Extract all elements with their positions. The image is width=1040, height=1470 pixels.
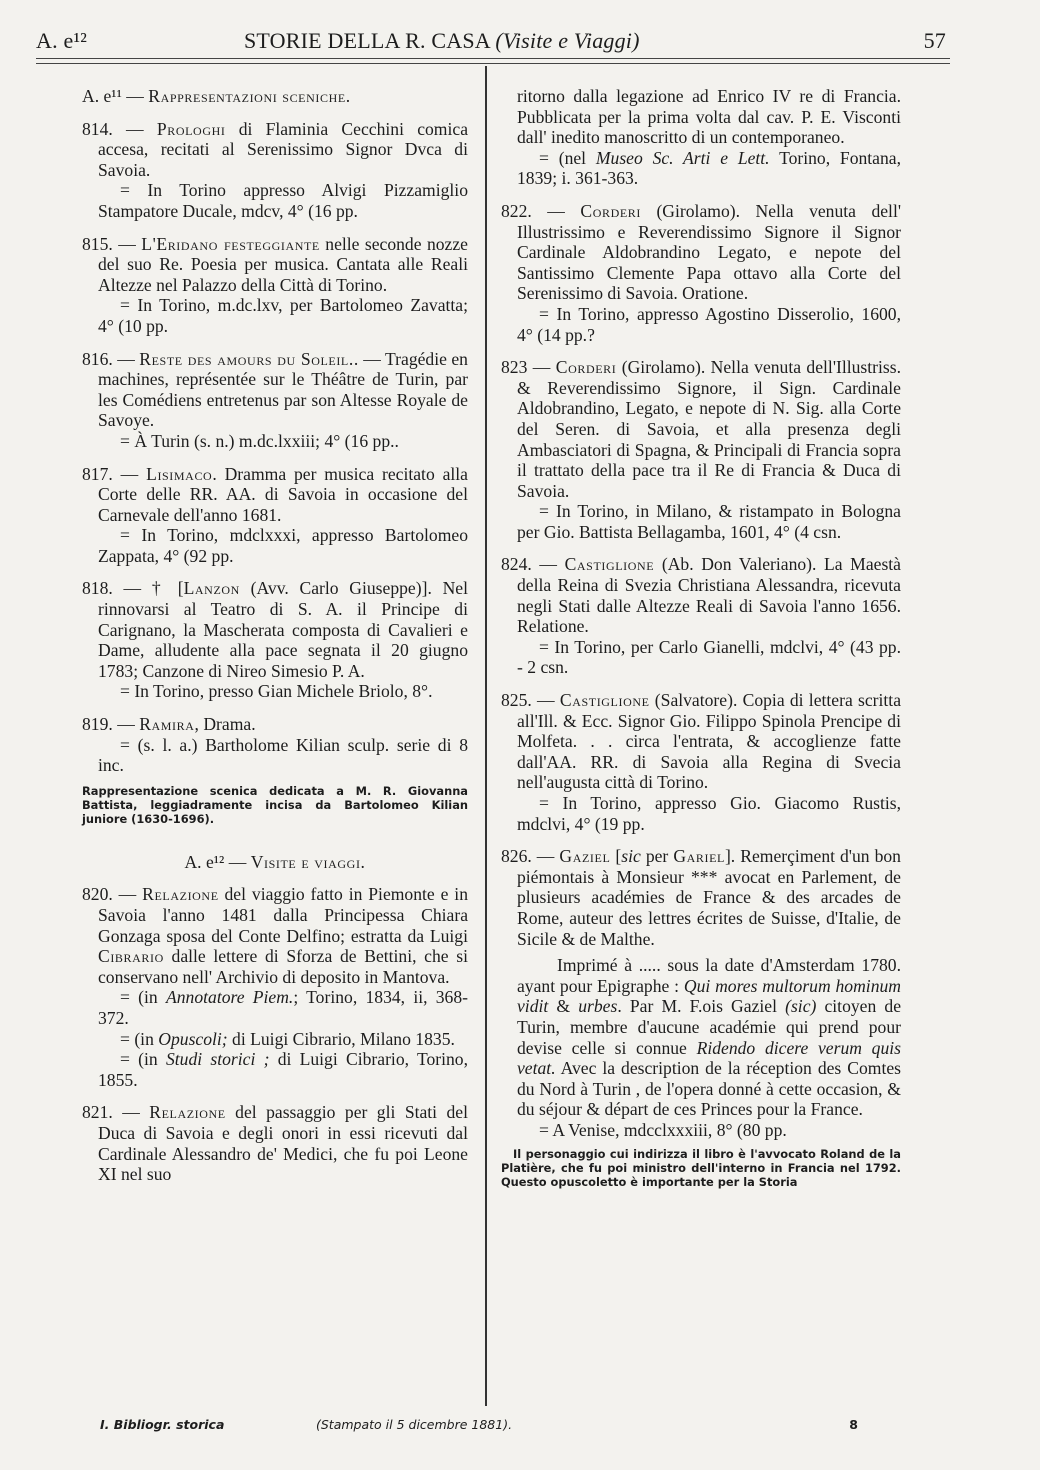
imprint: = In Torino appresso Alvigi Pizzamiglio …	[98, 180, 468, 221]
left-column: A. e¹¹ — Rappresentazioni sceniche. 814.…	[82, 86, 468, 1197]
entry-title: Ramira	[139, 714, 194, 734]
entry-title: Corderi	[580, 201, 641, 221]
entry-817: 817. — Lisimaco. Dramma per musica recit…	[82, 464, 468, 567]
description-paragraph: Imprimé à ..... sous la date d'Amsterdam…	[517, 955, 901, 1120]
entry-821-continued: ritorno dalla legazione ad Enrico IV re …	[501, 86, 901, 189]
imprint: = In Torino, mdclxxxi, appresso Bartolom…	[98, 525, 468, 566]
entry-825: 825. — Castiglione (Salvatore). Copia di…	[501, 690, 901, 834]
footer-print-date: (Stampato il 5 dicembre 1881).	[316, 1417, 512, 1432]
entry-title: Reste des amours du Soleil..	[139, 349, 359, 369]
entry-title: Relazione	[149, 1102, 225, 1122]
entry-title: Lanzon	[184, 578, 240, 598]
page-number: 57	[924, 28, 946, 54]
entry-title: Relazione	[142, 884, 218, 904]
entry-title: Lisimaco	[146, 464, 212, 484]
running-head: A. e¹² STORIE DELLA R. CASA (Visite e Vi…	[36, 28, 946, 58]
imprint: = In Torino, per Carlo Gianelli, mdclvi,…	[517, 637, 901, 678]
imprint: = In Torino, appresso Agostino Disseroli…	[517, 304, 901, 345]
footer-signature: 8	[849, 1417, 858, 1432]
imprint: = (s. l. a.) Bartholome Kilian sculp. se…	[98, 735, 468, 776]
imprint: = In Torino, m.dc.lxv, per Bartolomeo Za…	[98, 295, 468, 336]
entry-title: Prologhi	[157, 119, 226, 139]
note-826: Il personaggio cui indirizza il libro è …	[501, 1147, 901, 1189]
entry-814: 814. — Prologhi di Flaminia Cecchini com…	[82, 119, 468, 222]
entry-819: 819. — Ramira, Drama. = (s. l. a.) Barth…	[82, 714, 468, 776]
entry-816: 816. — Reste des amours du Soleil.. — Tr…	[82, 349, 468, 452]
note-819: Rappresentazione scenica dedicata a M. R…	[82, 784, 468, 826]
footer-volume: I. Bibliogr. storica	[100, 1417, 224, 1432]
section-heading-a11: A. e¹¹ — Rappresentazioni sceniche.	[82, 86, 468, 107]
running-title: STORIE DELLA R. CASA (Visite e Viaggi)	[244, 28, 640, 54]
column-divider	[485, 66, 487, 1406]
book-page: A. e¹² STORIE DELLA R. CASA (Visite e Vi…	[0, 0, 1040, 1470]
entry-title: Castiglione	[565, 554, 655, 574]
header-double-rule	[36, 58, 950, 64]
entry-823: 823 — Corderi (Girolamo). Nella venuta d…	[501, 357, 901, 542]
imprint: = A Venise, mdcclxxxiii, 8° (80 pp.	[517, 1120, 901, 1141]
reference: = (in Annotatore Piem.; Torino, 1834, ii…	[98, 987, 468, 1028]
entry-820: 820. — Relazione del viaggio fatto in Pi…	[82, 884, 468, 1090]
entry-title: L'Eridano festeggiante	[141, 234, 320, 254]
entry-821: 821. — Relazione del passaggio per gli S…	[82, 1102, 468, 1184]
reference: = (in Opuscoli; di Luigi Cibrario, Milan…	[98, 1029, 468, 1050]
right-column: ritorno dalla legazione ad Enrico IV re …	[501, 86, 901, 1199]
entry-818: 818. — † [Lanzon (Avv. Carlo Giuseppe)].…	[82, 578, 468, 702]
imprint: = In Torino, appresso Gio. Giacomo Rusti…	[517, 793, 901, 834]
entry-title: Corderi	[556, 357, 617, 377]
reference: = (in Studi storici ; di Luigi Cibrario,…	[98, 1049, 468, 1090]
imprint: = À Turin (s. n.) m.dc.lxxiii; 4° (16 pp…	[98, 431, 468, 452]
page-footer: I. Bibliogr. storica (Stampato il 5 dice…	[100, 1417, 900, 1437]
section-code: A. e¹²	[36, 28, 87, 54]
entry-title: Castiglione	[560, 690, 650, 710]
section-heading-a12: A. e¹² — Visite e viaggi.	[82, 852, 468, 873]
entry-815: 815. — L'Eridano festeggiante nelle seco…	[82, 234, 468, 337]
reference: = (nel Museo Sc. Arti e Lett. Torino, Fo…	[517, 148, 901, 189]
imprint: = In Torino, in Milano, & ristampato in …	[517, 501, 901, 542]
entry-824: 824. — Castiglione (Ab. Don Valeriano). …	[501, 554, 901, 678]
entry-title: Gaziel	[559, 846, 610, 866]
entry-822: 822. — Corderi (Girolamo). Nella venuta …	[501, 201, 901, 345]
entry-826: 826. — Gaziel [sic per Gariel]. Remerçim…	[501, 846, 901, 1140]
imprint: = In Torino, presso Gian Michele Briolo,…	[98, 681, 468, 702]
